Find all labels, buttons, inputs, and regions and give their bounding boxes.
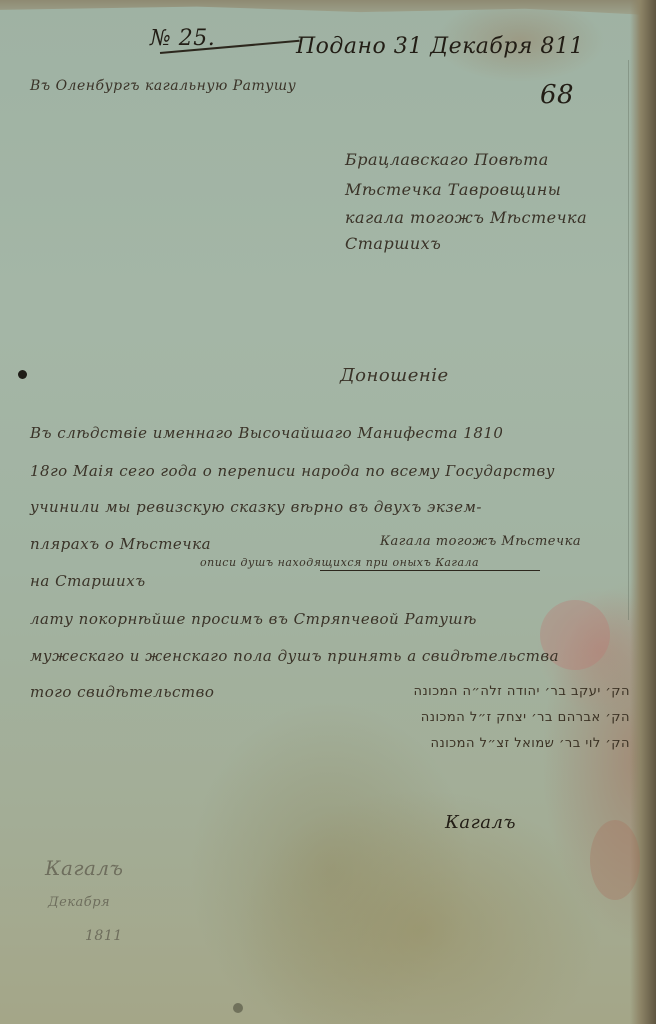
water-stain xyxy=(590,820,640,900)
interlinear-note-2: описи душъ находящихся при оныхъ Кагала xyxy=(200,556,479,569)
body-line-2: 18го Маія сего года о переписи народа по… xyxy=(30,462,555,480)
kahal-signature: Кагалъ xyxy=(445,812,516,833)
interlinear-note-1: Кагала тогожъ Мѣстечка xyxy=(380,534,581,549)
margin-note-month: Декабря xyxy=(48,895,110,910)
received-note: Подано 31 Декабря 811 xyxy=(296,34,584,59)
addressee-line: Въ Оленбургъ кагальную Ратушу xyxy=(30,78,296,94)
sender-line-1: Брацлавскаго Повѣта xyxy=(345,150,549,169)
body-line-6: лату покорнѣйше просимъ въ Стряпчевой Ра… xyxy=(30,610,477,628)
body-line-1: Въ слѣдствіе именнаго Высочайшаго Манифе… xyxy=(30,424,503,442)
hebrew-signature-2: הק׳ אברהם בר׳ יצחק ז״ל המכונה xyxy=(390,710,630,725)
paper-fold-line xyxy=(628,60,629,620)
sender-line-2: Мѣстечка Тавровщины xyxy=(345,180,561,199)
ink-blot xyxy=(18,370,27,379)
document-page: № 25. Подано 31 Декабря 811 Въ Оленбургъ… xyxy=(0,0,656,1024)
body-line-5: на Старшихъ xyxy=(30,572,146,590)
body-line-4: плярахъ о Мѣстечка xyxy=(30,535,211,553)
dirt-spot xyxy=(233,1003,243,1013)
margin-note-year: 1811 xyxy=(85,928,123,944)
body-line-3: учинили мы ревизскую сказку вѣрно въ дву… xyxy=(30,498,482,516)
hebrew-signature-1: הק׳ יעקב בר׳ יהודה זלה״ה המכונה xyxy=(390,684,630,699)
sender-line-3: кагала тогожъ Мѣстечка xyxy=(345,208,587,227)
body-line-8: того свидѣтельство xyxy=(30,683,214,701)
document-title: Доношеніе xyxy=(340,365,449,386)
body-line-7: мужескаго и женскаго пола душъ принять а… xyxy=(30,647,559,665)
folio-number: 68 xyxy=(540,80,574,110)
margin-note-word: Кагалъ xyxy=(45,856,124,880)
sender-line-4: Старшихъ xyxy=(345,234,441,253)
hebrew-signature-3: הק׳ לוי בר׳ שמואל זצ״ל המכונה xyxy=(390,736,630,751)
interlinear-underline xyxy=(320,570,540,571)
torn-top-edge xyxy=(0,0,656,22)
